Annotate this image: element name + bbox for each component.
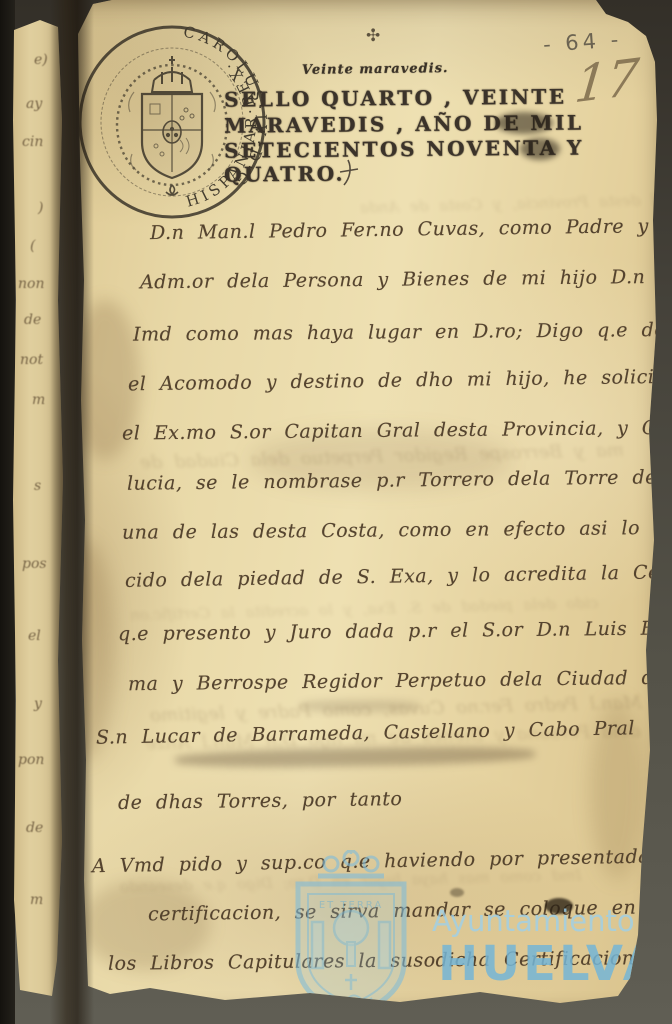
margin-fragment: pos	[22, 556, 47, 572]
document-scan: e) ay cin ) ( non de not m s pos el y po…	[0, 0, 672, 1024]
manuscript-page: CAROLUS·IV·D·G HISPANIAR·REX· ✣ Veinte m…	[0, 0, 672, 1024]
ink-smear	[300, 700, 420, 712]
rubric-mark	[338, 158, 360, 188]
margin-fragment: de	[24, 312, 41, 328]
watermark-org-text: Ayuntamiento de	[432, 904, 672, 938]
folio-number-ink: 17	[572, 48, 641, 115]
watermark-city-text: HUELVA	[438, 936, 663, 992]
ink-smudge	[520, 138, 560, 160]
margin-fragment: y	[34, 696, 42, 712]
margin-fragment: not	[20, 352, 43, 368]
cross-ornament: ✣	[366, 26, 380, 46]
margin-fragment: pon	[18, 752, 44, 768]
crest-motto: ET TERRA	[319, 900, 383, 911]
margin-fragment: m	[30, 892, 43, 908]
bleedthrough-text: el Ex.mo S.or Capitan Gral desta Provinc…	[360, 185, 672, 217]
margin-fragment: non	[18, 276, 44, 292]
margin-fragment: ay	[26, 96, 42, 112]
manuscript-line: Imd como mas haya lugar en D.ro; Digo q.…	[133, 318, 672, 345]
manuscript-line: ma y Berrospe Regidor Perpetuo dela Ciud…	[128, 667, 666, 696]
ink-smudge	[495, 112, 553, 134]
stamp-motto-line: Veinte maravedis.	[302, 61, 449, 78]
manuscript-line: Adm.or dela Persona y Bienes de mi hijo …	[140, 265, 672, 294]
margin-fragment: m	[32, 392, 45, 408]
manuscript-line: una de las desta Costa, como en efecto a…	[122, 516, 672, 543]
margin-fragment: s	[34, 478, 41, 494]
ink-blot	[450, 888, 464, 897]
margin-fragment: )	[38, 200, 43, 216]
binding-edge	[0, 0, 15, 1024]
manuscript-line: cido dela piedad de S. Exa, y lo acredit…	[125, 560, 672, 592]
manuscript-line: el Acomodo y destino de dho mi hijo, he …	[128, 365, 672, 396]
margin-fragment: cin	[22, 134, 43, 150]
stamp-text-line: SELLO QUARTO , VEINTE	[224, 85, 567, 112]
margin-fragment: (	[30, 238, 35, 254]
stamp-text-line: QUATRO.	[224, 161, 345, 186]
huelva-crest-watermark: ET TERRA	[276, 850, 426, 1024]
margin-fragment: de	[26, 820, 43, 836]
margin-fragment: el	[28, 628, 41, 644]
manuscript-line: de dhas Torres, por tanto	[118, 788, 403, 814]
margin-fragment: e)	[34, 52, 48, 68]
